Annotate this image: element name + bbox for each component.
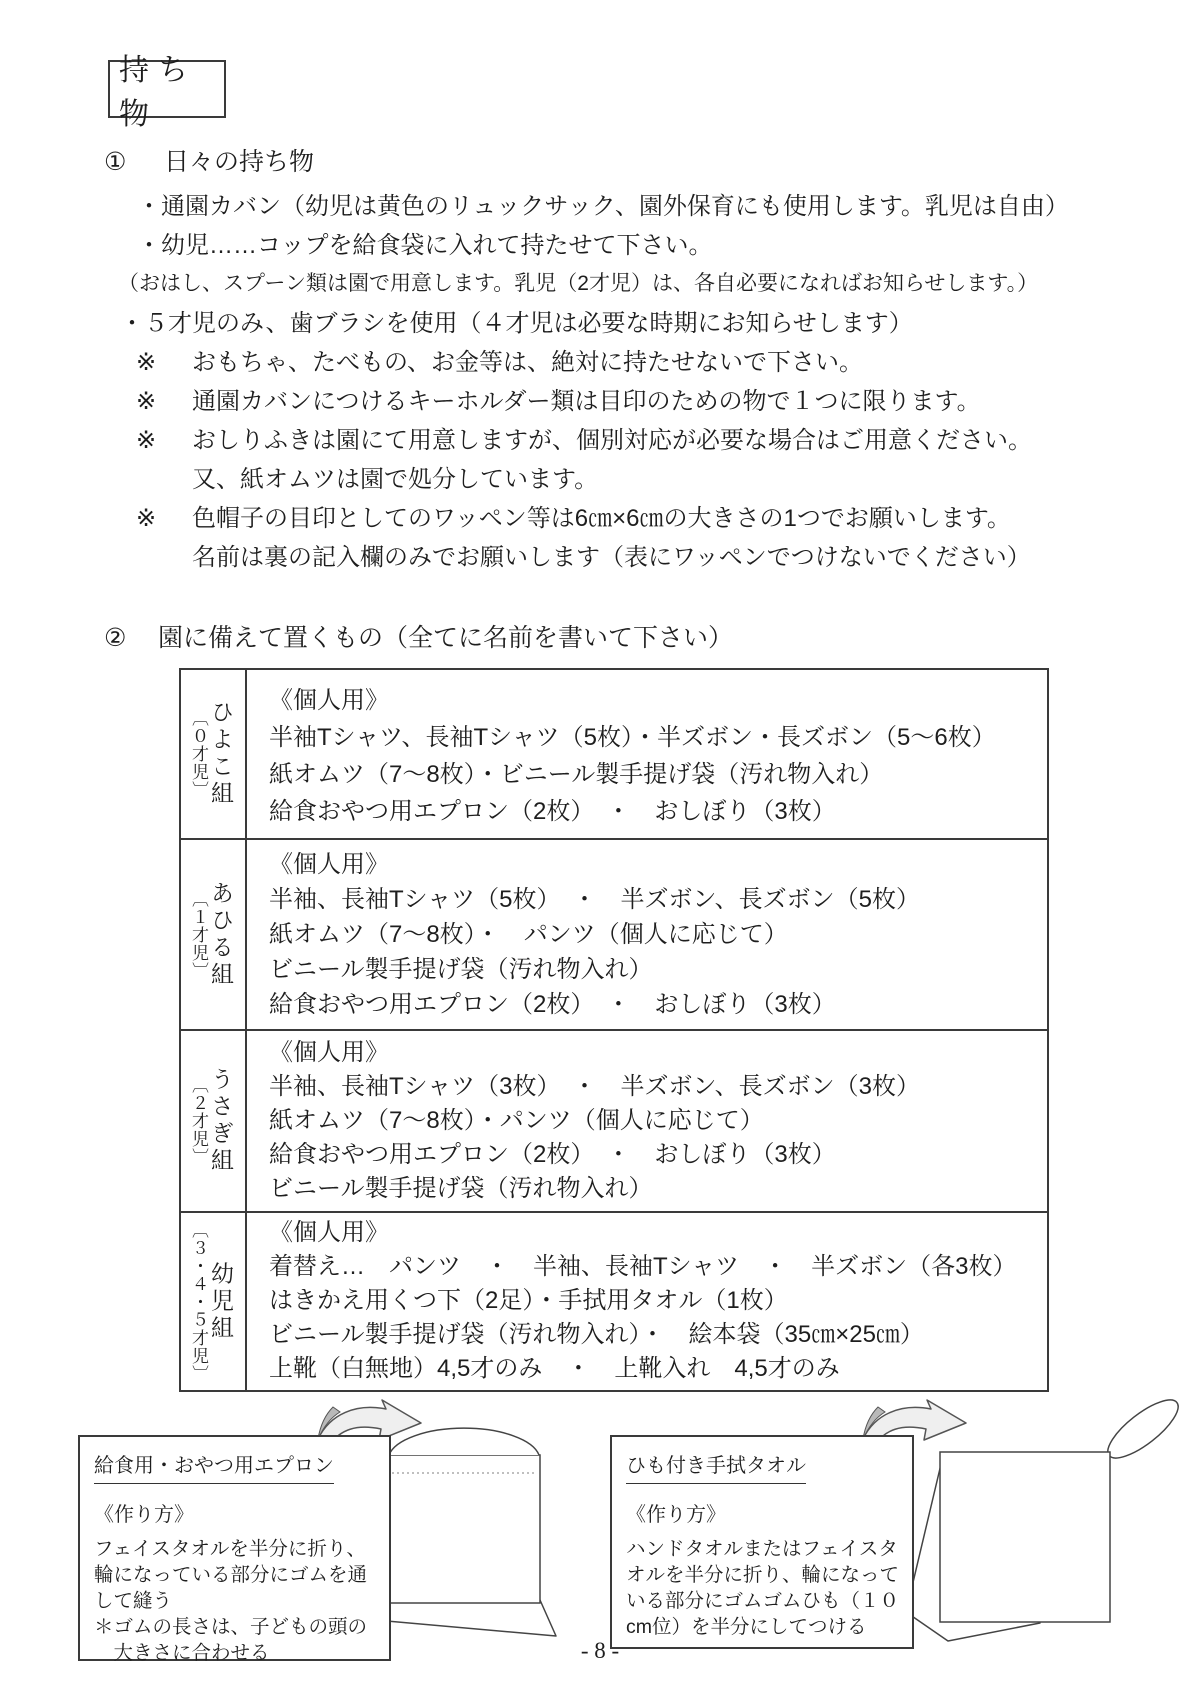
daily-item-caution: ※色帽子の目印としてのワッペン等は6㎝×6㎝の大きさの1つでお願いします。 (136, 498, 1011, 533)
row-label-cell: うさぎ組 〔２才児〕 (181, 1031, 247, 1211)
daily-item-line: ・５才児のみ、歯ブラシを使用（４才児は必要な時期にお知らせします） (120, 303, 913, 338)
daily-item-note: （おはし、スプーン類は園で用意します。乳児（2才児）は、各自必要になればお知らせ… (118, 267, 1038, 297)
apron-box-body: フェイスタオルを半分に折り、 輪になっている部分にゴムを通 して縫う ＊ゴムの長… (94, 1536, 389, 1666)
row-content-cell: 《個人用》 半袖、長袖Tシャツ（5枚） ・ 半ズボン、長ズボン（5枚） 紙オムツ… (247, 840, 1047, 1029)
row-label-cell: 幼児組 〔３・４・５才児〕 (181, 1213, 247, 1390)
table-row-ahiru: あひる組 〔１才児〕 《個人用》 半袖、長袖Tシャツ（5枚） ・ 半ズボン、長ズ… (181, 838, 1047, 1029)
class-age: 〔１才児〕 (186, 890, 211, 980)
row-label-cell: ひよこ組 〔０才児〕 (181, 670, 247, 838)
circled-number-1: ① (104, 147, 164, 177)
row-label-cell: あひる組 〔１才児〕 (181, 840, 247, 1029)
towel-illustration (906, 1395, 1186, 1641)
row-content-cell: 《個人用》 半袖Tシャツ、長袖Tシャツ（5枚）・半ズボン・長ズボン（5～6枚） … (247, 670, 1047, 838)
daily-item-caution: ※おしりふきは園にて用意しますが、個別対応が必要な場合はご用意ください。 (136, 420, 1032, 455)
daily-item-line: ・通園カバン（幼児は黄色のリュックサック、園外保育にも使用します。乳児は自由） (137, 186, 1069, 221)
document-page: 持ち物 ①日々の持ち物 ・通園カバン（幼児は黄色のリュックサック、園外保育にも使… (0, 0, 1200, 1697)
reference-mark: ※ (136, 504, 192, 533)
section2-heading-text: 園に備えて置くもの（全てに名前を書いて下さい） (158, 624, 733, 652)
section1-heading-text: 日々の持ち物 (164, 148, 314, 176)
daily-item-line: ・幼児……コップを給食袋に入れて持たせて下さい。 (137, 225, 713, 260)
towel-note-box: ひも付き手拭タオル 《作り方》 ハンドタオルまたはフェイスタ オルを半分に折り、… (610, 1435, 914, 1649)
class-age: 〔３・４・５才児〕 (186, 1221, 211, 1383)
reference-mark: ※ (136, 348, 192, 377)
section1-heading: ①日々の持ち物 (104, 142, 314, 178)
page-number: - 8 - (555, 1638, 645, 1664)
reference-mark: ※ (136, 387, 192, 416)
apron-box-howto: 《作り方》 (94, 1498, 389, 1527)
page-title: 持ち物 (119, 45, 224, 133)
circled-number-2: ② (104, 623, 158, 653)
daily-item-caution: ※通園カバンにつけるキーホルダー類は目印のための物で１つに限ります。 (136, 381, 981, 416)
towel-box-howto: 《作り方》 (626, 1498, 912, 1527)
towel-box-body: ハンドタオルまたはフェイスタ オルを半分に折り、輪になって いる部分にゴムゴムひ… (626, 1536, 912, 1640)
apron-note-box: 給食用・おやつ用エプロン 《作り方》 フェイスタオルを半分に折り、 輪になってい… (78, 1435, 391, 1661)
row-content-cell: 《個人用》 半袖、長袖Tシャツ（3枚） ・ 半ズボン、長ズボン（3枚） 紙オムツ… (247, 1031, 1047, 1211)
belongings-table: ひよこ組 〔０才児〕 《個人用》 半袖Tシャツ、長袖Tシャツ（5枚）・半ズボン・… (179, 668, 1049, 1392)
towel-box-title: ひも付き手拭タオル (626, 1449, 806, 1484)
daily-item-continuation: 又、紙オムツは園で処分しています。 (192, 459, 598, 494)
table-row-usagi: うさぎ組 〔２才児〕 《個人用》 半袖、長袖Tシャツ（3枚） ・ 半ズボン、長ズ… (181, 1029, 1047, 1211)
section2-heading: ②園に備えて置くもの（全てに名前を書いて下さい） (104, 618, 733, 654)
table-row-yoji: 幼児組 〔３・４・５才児〕 《個人用》 着替え… パンツ ・ 半袖、長袖Tシャツ… (181, 1211, 1047, 1390)
daily-item-continuation: 名前は裏の記入欄のみでお願いします（表にワッペンでつけないでください） (192, 537, 1031, 572)
apron-box-title: 給食用・おやつ用エプロン (94, 1449, 334, 1484)
table-row-hiyoko: ひよこ組 〔０才児〕 《個人用》 半袖Tシャツ、長袖Tシャツ（5枚）・半ズボン・… (181, 670, 1047, 838)
page-title-box: 持ち物 (108, 60, 226, 118)
class-age: 〔０才児〕 (186, 709, 211, 799)
daily-item-caution: ※おもちゃ、たべもの、お金等は、絶対に持たせないで下さい。 (136, 342, 863, 377)
row-content-cell: 《個人用》 着替え… パンツ ・ 半袖、長袖Tシャツ ・ 半ズボン（各3枚） は… (247, 1213, 1047, 1390)
class-age: 〔２才児〕 (186, 1076, 211, 1166)
reference-mark: ※ (136, 426, 192, 455)
